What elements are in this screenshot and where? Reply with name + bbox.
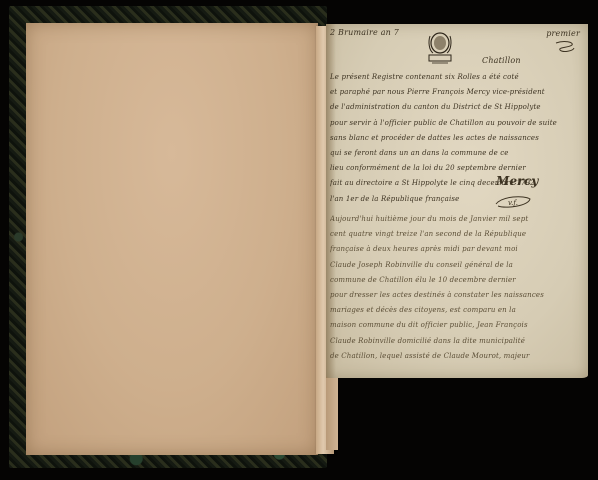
text-line: sans blanc et procéder de dattes les act… [330,131,582,146]
text-line: Le présent Registre contenant six Rolles… [330,70,582,85]
signature: Mercy [496,174,539,188]
text-line: qui se feront dans un an dans la commune… [330,146,582,161]
text-line: pour servir à l'officier public de Chati… [330,116,582,131]
svg-text:v.f.: v.f. [508,199,518,207]
text-line: cent quatre vingt treize l'an second de … [330,227,586,242]
text-line: maison commune du dit officier public, J… [330,318,586,333]
paragraph-registration-note: Le présent Registre contenant six Rolles… [330,70,582,207]
header-date: 2 Brumaire an 7 [330,28,399,37]
text-line: commune de Chatillon élu le 10 decembre … [330,273,586,288]
text-line: Claude Joseph Robinville du conseil géné… [330,258,586,273]
blank-flyleaf-page [26,23,318,455]
text-line: l'an 1er de la République française [330,192,582,207]
text-line: de l'administration du canton du Distric… [330,100,582,115]
text-line: de Chatillon, lequel assisté de Claude M… [330,349,586,364]
paragraph-birth-act: Aujourd'hui huitième jour du mois de Jan… [330,212,586,364]
text-line: française à deux heures après midi par d… [330,242,586,257]
text-line: Aujourd'hui huitième jour du mois de Jan… [330,212,586,227]
text-line: lieu conformément de la loi du 20 septem… [330,161,582,176]
text-line: mariages et décès des citoyens, est comp… [330,303,586,318]
official-stamp-icon [426,30,454,66]
flourish-icon [554,40,576,54]
paraph-flourish-icon: v.f. [494,194,532,210]
text-line: fait au directoire a St Hippolyte le cin… [330,176,582,191]
text-line: Claude Robinville domicilié dans la dite… [330,334,586,349]
text-line: et paraphé par nous Pierre François Merc… [330,85,582,100]
header-mark: premier [546,29,580,38]
document-scan: 2 Brumaire an 7 premier Chatillon Le pré… [0,0,598,480]
page-edges-lower [326,370,338,450]
text-line: pour dresser les actes destinés à consta… [330,288,586,303]
handwritten-register-page: 2 Brumaire an 7 premier Chatillon Le pré… [326,24,588,378]
commune-caption: Chatillon [482,56,521,65]
